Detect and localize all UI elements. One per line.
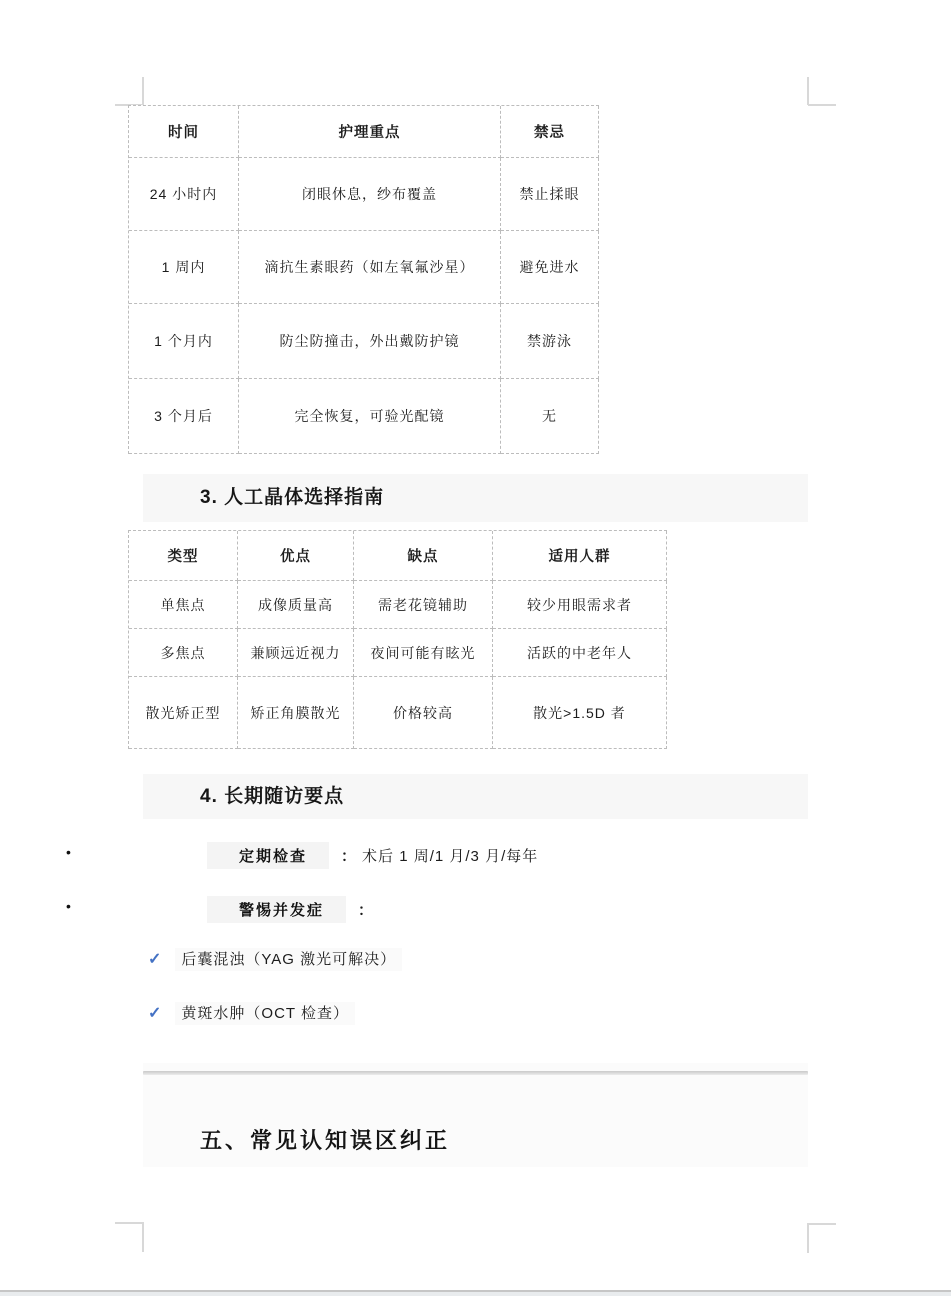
table-cell: 1 周内 bbox=[129, 231, 239, 304]
margin-mark-bottom-right-horizontal bbox=[808, 1223, 836, 1225]
check-item-text: 黄斑水肿（OCT 检查） bbox=[175, 1002, 355, 1025]
page-bottom-strip bbox=[0, 1292, 951, 1296]
table-cell: 无 bbox=[501, 379, 599, 454]
checkmark-icon: ✓ bbox=[148, 1005, 161, 1022]
care-table-header-time: 时间 bbox=[129, 106, 239, 158]
section-heading-misconceptions: 五、常见认知误区纠正 bbox=[200, 1124, 450, 1155]
table-cell: 矫正角膜散光 bbox=[238, 677, 354, 749]
section-heading-iol-guide: 3. 人工晶体选择指南 bbox=[143, 474, 808, 522]
table-cell: 活跃的中老年人 bbox=[493, 629, 667, 677]
margin-mark-bottom-left-horizontal bbox=[115, 1222, 143, 1224]
margin-mark-top-right-vertical bbox=[807, 77, 809, 105]
bullet-content: 定期检查：术后 1 周/1 月/3 月/每年 bbox=[207, 842, 538, 869]
iol-table-header-suitable: 适用人群 bbox=[493, 531, 667, 581]
bullet-separator: ： bbox=[341, 848, 356, 865]
margin-mark-top-right-horizontal bbox=[808, 104, 836, 106]
list-item: • 定期检查：术后 1 周/1 月/3 月/每年 bbox=[0, 842, 951, 866]
document-page: 时间 护理重点 禁忌 24 小时内 闭眼休息，纱布覆盖 禁止揉眼 1 周内 滴抗… bbox=[0, 0, 951, 1296]
list-item: • 警惕并发症： bbox=[0, 896, 951, 920]
iol-table-header-pros: 优点 bbox=[238, 531, 354, 581]
margin-mark-bottom-right-vertical bbox=[807, 1223, 809, 1253]
table-cell: 多焦点 bbox=[129, 629, 238, 677]
table-cell: 价格较高 bbox=[354, 677, 493, 749]
bullet-term: 警惕并发症 bbox=[207, 896, 346, 923]
bullet-content: 警惕并发症： bbox=[207, 896, 379, 923]
table-cell: 闭眼休息，纱布覆盖 bbox=[239, 158, 501, 231]
bullet-separator: ： bbox=[358, 902, 373, 919]
margin-mark-top-left-vertical bbox=[142, 77, 144, 105]
postop-care-table: 时间 护理重点 禁忌 24 小时内 闭眼休息，纱布覆盖 禁止揉眼 1 周内 滴抗… bbox=[128, 105, 599, 454]
bullet-detail: 术后 1 周/1 月/3 月/每年 bbox=[362, 848, 538, 865]
table-cell: 1 个月内 bbox=[129, 304, 239, 379]
check-item-text: 后囊混浊（YAG 激光可解决） bbox=[175, 948, 402, 971]
table-cell: 散光>1.5D 者 bbox=[493, 677, 667, 749]
care-table-header-taboo: 禁忌 bbox=[501, 106, 599, 158]
check-list-item: ✓后囊混浊（YAG 激光可解决） bbox=[148, 948, 402, 972]
table-cell: 滴抗生素眼药（如左氧氟沙星） bbox=[239, 231, 501, 304]
table-cell: 完全恢复，可验光配镜 bbox=[239, 379, 501, 454]
table-cell: 防尘防撞击，外出戴防护镜 bbox=[239, 304, 501, 379]
table-cell: 禁止揉眼 bbox=[501, 158, 599, 231]
table-cell: 成像质量高 bbox=[238, 581, 354, 629]
horizontal-divider bbox=[143, 1071, 808, 1075]
checkmark-icon: ✓ bbox=[148, 951, 161, 968]
iol-selection-table: 类型 优点 缺点 适用人群 单焦点 成像质量高 需老花镜辅助 较少用眼需求者 多… bbox=[128, 530, 667, 749]
table-cell: 较少用眼需求者 bbox=[493, 581, 667, 629]
table-cell: 散光矫正型 bbox=[129, 677, 238, 749]
table-cell: 兼顾远近视力 bbox=[238, 629, 354, 677]
section5-block: 五、常见认知误区纠正 bbox=[143, 1063, 808, 1167]
care-table-header-focus: 护理重点 bbox=[239, 106, 501, 158]
bullet-icon: • bbox=[66, 898, 71, 914]
iol-table-header-type: 类型 bbox=[129, 531, 238, 581]
check-list-item: ✓黄斑水肿（OCT 检查） bbox=[148, 1002, 355, 1026]
table-cell: 24 小时内 bbox=[129, 158, 239, 231]
table-cell: 3 个月后 bbox=[129, 379, 239, 454]
table-cell: 需老花镜辅助 bbox=[354, 581, 493, 629]
bullet-term: 定期检查 bbox=[207, 842, 329, 869]
table-cell: 夜间可能有眩光 bbox=[354, 629, 493, 677]
bullet-icon: • bbox=[66, 844, 71, 860]
section-heading-followup: 4. 长期随访要点 bbox=[143, 774, 808, 819]
table-cell: 避免进水 bbox=[501, 231, 599, 304]
iol-table-header-cons: 缺点 bbox=[354, 531, 493, 581]
margin-mark-bottom-left-vertical bbox=[142, 1222, 144, 1252]
table-cell: 单焦点 bbox=[129, 581, 238, 629]
table-cell: 禁游泳 bbox=[501, 304, 599, 379]
